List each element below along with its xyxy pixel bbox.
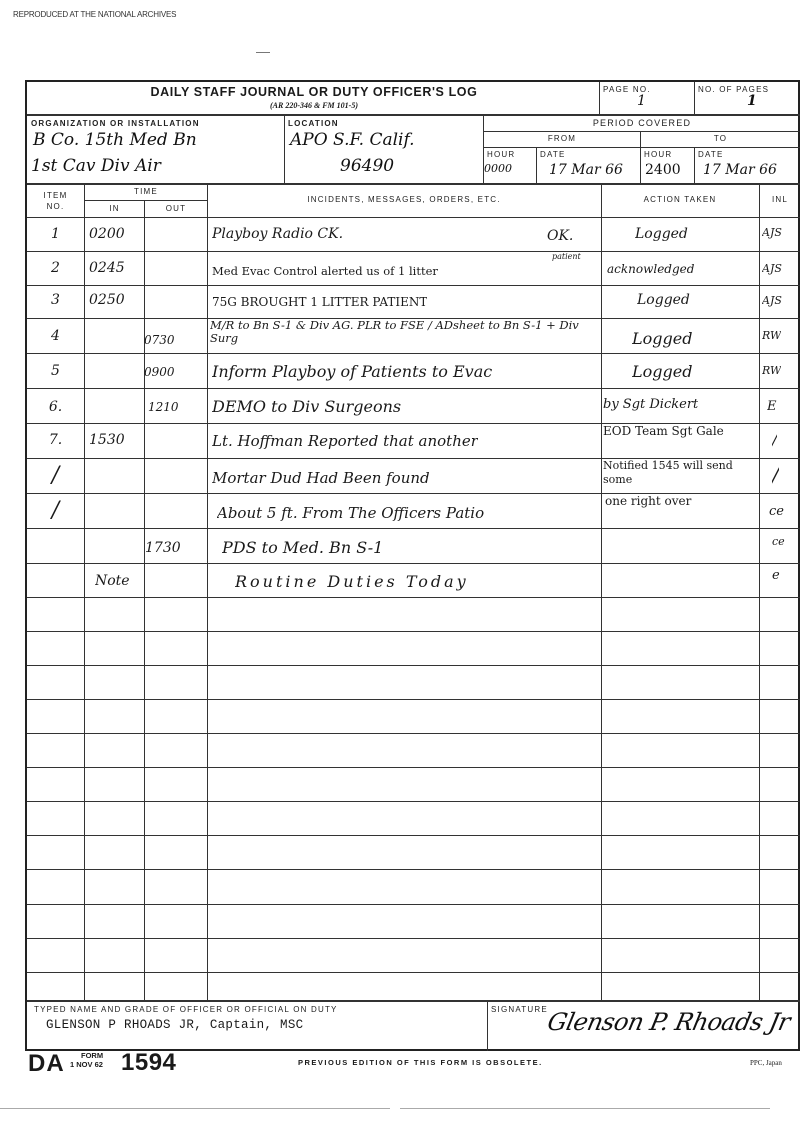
incident-cell: PDS to Med. Bn S-1 [222, 538, 383, 557]
col-item-line-1: ITEM [44, 191, 68, 200]
form-prefix: DA [28, 1050, 65, 1078]
location-field[interactable]: LOCATION APO S.F. Calif. 96490 [285, 116, 483, 184]
action-cell: EOD Team Sgt Gale [603, 424, 759, 438]
location-line-1: APO S.F. Calif. [290, 130, 415, 150]
item-no-cell: / [27, 463, 84, 488]
table-row[interactable]: / Mortar Dud Had Been found Notified 154… [27, 459, 800, 493]
col-time-in: IN [85, 204, 144, 213]
no-of-pages-field[interactable]: NO. OF PAGES 1 [695, 82, 800, 115]
action-cell: Notified 1545 will send some [603, 459, 759, 487]
time-in-cell: 0200 [89, 226, 125, 242]
time-out-cell: 0730 [144, 333, 175, 347]
inl-cell: / [772, 430, 777, 449]
item-no-cell: 1 [27, 226, 84, 242]
time-in-cell: Note [95, 573, 130, 589]
location-line-2: 96490 [340, 156, 394, 176]
to-date-field[interactable]: DATE 17 Mar 66 [695, 148, 800, 184]
time-out-cell: 1730 [145, 540, 181, 556]
incident-cell: Routine Duties Today [235, 572, 469, 591]
incident-cell: M/R to Bn S-1 & Div AG. PLR to FSE / ADs… [210, 319, 600, 345]
from-date-label: DATE [540, 150, 566, 159]
location-label: LOCATION [288, 119, 339, 128]
to-hour-value: 2400 [645, 162, 681, 178]
col-inl: INL [760, 195, 800, 204]
from-hour-field[interactable]: HOUR 0000 [484, 148, 536, 184]
to-hour-field[interactable]: HOUR 2400 [641, 148, 694, 184]
to-hour-label: HOUR [644, 150, 672, 159]
inl-cell: AJS [762, 226, 782, 239]
table-row[interactable] [27, 836, 800, 869]
typed-name-label: TYPED NAME AND GRADE OF OFFICER OR OFFIC… [34, 1005, 338, 1014]
from-hour-value: 0000 [484, 162, 512, 175]
table-row[interactable] [27, 666, 800, 699]
form-edition: FORM 1 NOV 62 [70, 1052, 103, 1069]
inl-cell: ce [772, 535, 785, 548]
organization-field[interactable]: ORGANIZATION OR INSTALLATION B Co. 15th … [27, 116, 284, 184]
no-of-pages-value: 1 [747, 93, 757, 109]
item-no-cell: 3 [27, 292, 84, 308]
col-time: TIME [85, 187, 207, 196]
item-no-cell: 6. [27, 399, 84, 415]
table-row[interactable] [27, 734, 800, 767]
form-title: DAILY STAFF JOURNAL OR DUTY OFFICER'S LO… [27, 85, 601, 99]
organization-line-1: B Co. 15th Med Bn [33, 130, 197, 150]
incident-cell: Playboy Radio CK. [212, 226, 343, 242]
incident-note: OK. [547, 228, 573, 244]
col-item-line-2: NO. [47, 202, 65, 211]
action-cell: Logged [632, 329, 692, 348]
incident-cell: 75G brought 1 litter patient [212, 295, 427, 309]
table-row[interactable]: / About 5 ft. From The Officers Patio on… [27, 494, 800, 528]
incident-cell: Inform Playboy of Patients to Evac [212, 362, 492, 381]
time-out-cell: 0900 [144, 365, 175, 379]
inl-cell: E [767, 399, 777, 414]
inl-cell: RW [762, 364, 781, 377]
typed-name-field[interactable]: TYPED NAME AND GRADE OF OFFICER OR OFFIC… [27, 1002, 487, 1051]
organization-label: ORGANIZATION OR INSTALLATION [31, 119, 200, 128]
inl-cell: RW [762, 329, 781, 342]
incident-note: patient [552, 252, 581, 261]
table-row[interactable] [27, 905, 800, 938]
table-row[interactable] [27, 870, 800, 904]
table-row[interactable] [27, 939, 800, 972]
item-no-cell: 7. [27, 432, 84, 448]
form-number: 1594 [121, 1049, 176, 1077]
table-row[interactable]: 7. 1530 Lt. Hoffman Reported that anothe… [27, 424, 800, 458]
action-cell: Logged [635, 226, 688, 242]
action-cell: one right over [605, 494, 755, 509]
time-in-cell: 0250 [89, 292, 125, 308]
scan-edge [400, 1108, 770, 1109]
table-row[interactable]: 6. 1210 DEMO to Div Surgeons by Sgt Dick… [27, 389, 800, 423]
from-date-value: 17 Mar 66 [549, 162, 623, 178]
signature-label: SIGNATURE [491, 1005, 548, 1014]
incident-cell: Mortar Dud Had Been found [212, 469, 430, 487]
time-in-cell: 0245 [89, 260, 125, 276]
signature-value: Glenson P. Rhoads Jr [545, 1008, 793, 1036]
to-label: TO [641, 134, 800, 143]
form-date: 1 NOV 62 [70, 1060, 103, 1069]
table-row[interactable]: 1730 PDS to Med. Bn S-1 ce [27, 529, 800, 563]
column-header-row: ITEM NO. TIME IN OUT INCIDENTS, MESSAGES… [27, 185, 800, 218]
table-row[interactable] [27, 802, 800, 835]
item-no-cell: 4 [27, 328, 84, 344]
page-no-field[interactable]: PAGE NO. 1 [600, 82, 694, 115]
col-time-out: OUT [145, 204, 207, 213]
col-incidents: INCIDENTS, MESSAGES, ORDERS, ETC. [208, 195, 600, 204]
from-hour-label: HOUR [487, 150, 515, 159]
scan-mark [256, 52, 270, 53]
to-date-value: 17 Mar 66 [703, 162, 777, 178]
divider [484, 131, 800, 132]
time-in-cell: 1530 [89, 432, 125, 448]
action-cell: acknowledged [607, 262, 694, 276]
typed-name-value: GLENSON P RHOADS JR, Captain, MSC [46, 1018, 303, 1032]
page-no-value: 1 [637, 93, 646, 109]
archive-stamp: REPRODUCED AT THE NATIONAL ARCHIVES [13, 10, 176, 19]
no-of-pages-label: NO. OF PAGES [698, 85, 769, 94]
item-no-cell: 2 [27, 260, 84, 276]
table-row[interactable]: 2 0245 Med Evac Control alerted us of 1 … [27, 252, 800, 285]
inl-cell: e [772, 568, 780, 583]
table-row[interactable]: 3 0250 75G brought 1 litter patient Logg… [27, 286, 800, 318]
inl-cell: ce [769, 504, 784, 519]
table-row[interactable]: 4 0730 M/R to Bn S-1 & Div AG. PLR to FS… [27, 319, 800, 353]
log-table-body: 1 0200 Playboy Radio CK. OK. Logged AJS … [27, 218, 800, 1000]
organization-line-2: 1st Cav Div Air [31, 156, 161, 176]
divider [85, 200, 207, 201]
table-row[interactable] [27, 973, 800, 1000]
time-out-cell: 1210 [148, 400, 179, 414]
item-no-cell: / [27, 498, 84, 523]
to-date-label: DATE [698, 150, 724, 159]
action-cell: by Sgt Dickert [603, 397, 698, 412]
table-row[interactable] [27, 700, 800, 733]
incident-cell: Lt. Hoffman Reported that another [212, 432, 478, 450]
table-row[interactable]: 1 0200 Playboy Radio CK. OK. Logged AJS [27, 218, 800, 252]
form-subtitle: (AR 220-346 & FM 101-5) [27, 101, 601, 110]
inl-cell: / [772, 463, 779, 487]
inl-cell: AJS [762, 294, 782, 307]
col-action-taken: ACTION TAKEN [602, 195, 758, 204]
from-label: FROM [484, 134, 640, 143]
table-row[interactable] [27, 632, 800, 665]
period-covered-block: PERIOD COVERED FROM TO HOUR 0000 DATE 17… [484, 116, 800, 184]
table-row[interactable] [27, 598, 800, 631]
table-row[interactable]: Note Routine Duties Today e [27, 564, 800, 597]
incident-cell: DEMO to Div Surgeons [212, 397, 401, 416]
period-covered-label: PERIOD COVERED [484, 118, 800, 128]
col-item-no: ITEM NO. [27, 190, 84, 212]
scan-edge [0, 1108, 390, 1109]
signature-field[interactable]: SIGNATURE Glenson P. Rhoads Jr [488, 1002, 800, 1051]
title-block: DAILY STAFF JOURNAL OR DUTY OFFICER'S LO… [27, 82, 601, 115]
previous-edition-note: PREVIOUS EDITION OF THIS FORM IS OBSOLET… [298, 1058, 543, 1067]
table-row[interactable] [27, 768, 800, 801]
inl-cell: AJS [762, 262, 782, 275]
incident-cell: Med Evac Control alerted us of 1 litter [212, 264, 438, 278]
journal-form: DAILY STAFF JOURNAL OR DUTY OFFICER'S LO… [25, 80, 800, 1051]
from-date-field[interactable]: DATE 17 Mar 66 [537, 148, 640, 184]
table-row[interactable]: 5 0900 Inform Playboy of Patients to Eva… [27, 354, 800, 388]
incident-cell: About 5 ft. From The Officers Patio [217, 504, 484, 522]
action-cell: Logged [637, 292, 690, 308]
item-no-cell: 5 [27, 363, 84, 379]
action-cell: Logged [632, 362, 692, 381]
printer-mark: PPC, Japan [750, 1059, 782, 1067]
